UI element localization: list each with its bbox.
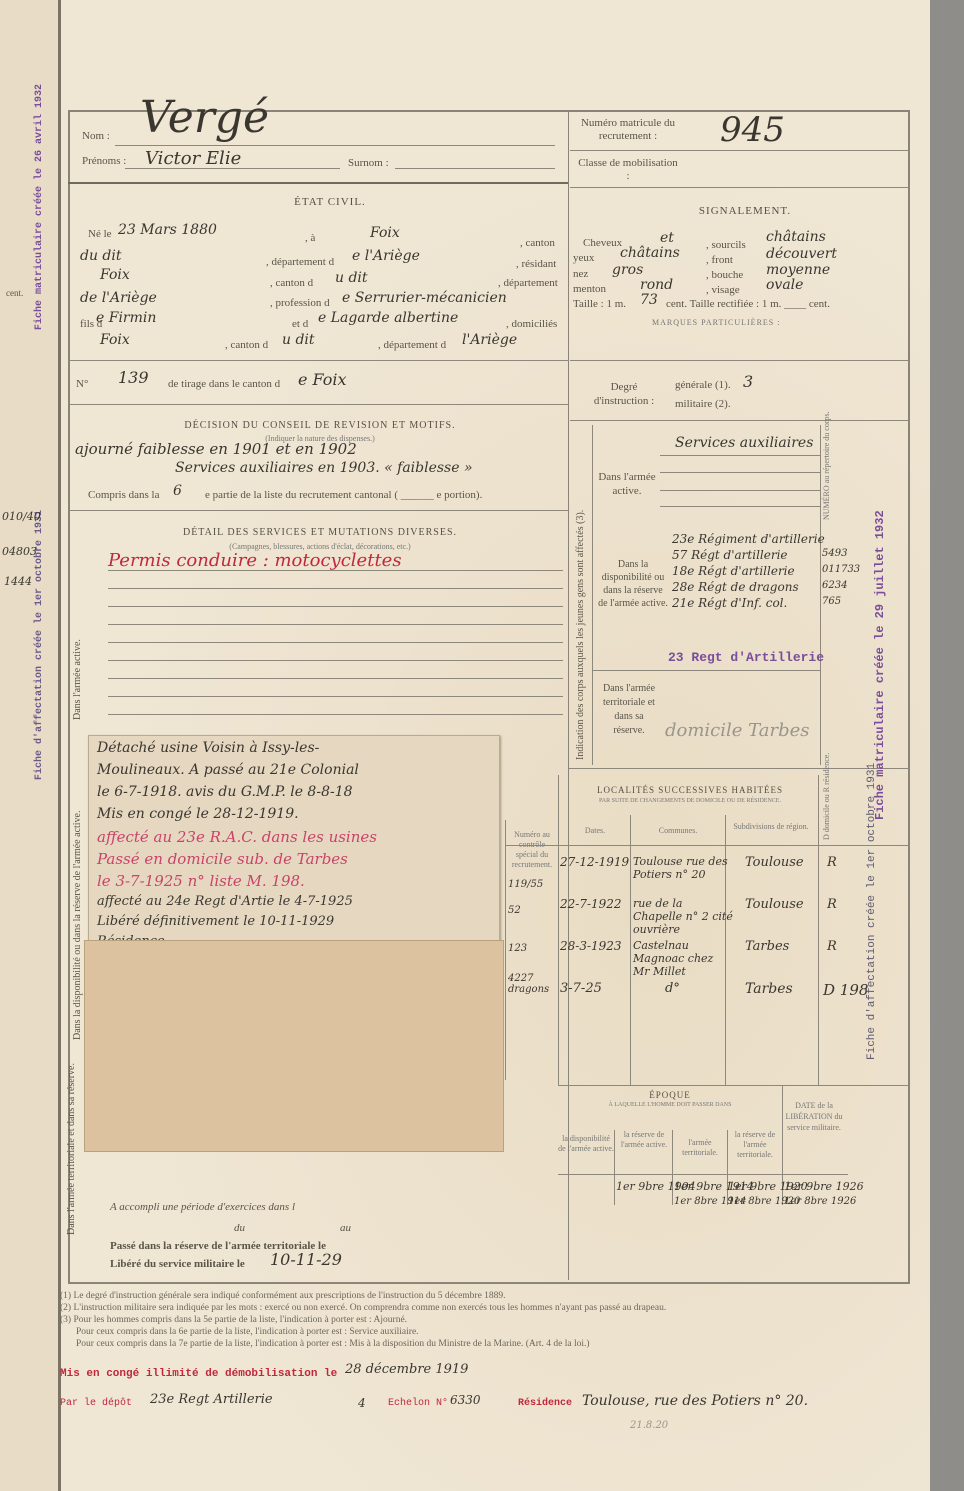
regiment-stamp: 23 Regt d'Artillerie: [668, 650, 824, 665]
row-subdivision: Toulouse: [745, 855, 804, 870]
canton3-value: u dit: [282, 332, 315, 348]
row-commune: Castelnau Magnoac chez Mr Millet: [633, 939, 733, 978]
numero-repertoire-label: NUMÉRO au répertoire du corps.: [822, 411, 831, 520]
epoque-col-3: l'armée territoriale.: [674, 1138, 726, 1158]
birthplace-value: Foix: [370, 225, 400, 241]
disponibilite-label: Dans la disponibilité ou dans la réserve…: [598, 558, 668, 610]
canton-label: , canton: [520, 237, 555, 249]
side-armee-active: Dans l'armée active.: [72, 639, 83, 720]
yeux-value: châtains: [620, 245, 680, 261]
taille-label: Taille : 1 m.: [573, 298, 626, 310]
echelon-value: 6330: [450, 1393, 481, 1407]
left-facing-page: Fiche matriculaire créée le 26 avril 193…: [0, 0, 61, 1491]
row-numero: 52: [508, 905, 521, 916]
footnote-4: Pour ceux compris dans la 6e partie de l…: [60, 1326, 880, 1338]
slip-line: Moulineaux. A passé au 21e Colonial: [97, 762, 491, 784]
permis-note: Permis conduire : motocyclettes: [108, 550, 402, 571]
side-territoriale: Dans l'armée territoriale et dans sa rés…: [66, 1063, 77, 1235]
domicile-value: Foix: [100, 332, 130, 348]
menton-value: rond: [640, 277, 673, 293]
depot-stamp: Par le dépôt: [60, 1398, 132, 1409]
pasted-envelope: [84, 940, 504, 1152]
slip-line: affecté au 23e R.A.C. dans les usines: [97, 828, 491, 850]
ne-le-value: 23 Mars 1880: [118, 222, 217, 238]
conge-date: 28 décembre 1919: [345, 1362, 468, 1377]
row-type: R: [827, 897, 837, 912]
libere-label: Libéré du service militaire le: [110, 1258, 245, 1270]
echelon-stamp: Echelon N°: [388, 1398, 448, 1409]
departement-value: e l'Ariège: [352, 248, 420, 264]
localites-rows: 119/55 27-12-1919 Toulouse rue des Potie…: [505, 855, 915, 1023]
etat-civil-title: ÉTAT CIVIL.: [200, 196, 460, 208]
dispo-numero-5: 765: [822, 596, 872, 612]
localite-row: 119/55 27-12-1919 Toulouse rue des Potie…: [505, 855, 915, 897]
epoque-subtitle: À LAQUELLE L'HOMME DOIT PASSER DANS: [560, 1102, 780, 1108]
right-stamp-affectation: Fiche d'affectation créée le 1er octobre…: [866, 763, 878, 1060]
cheveux-label: Cheveux: [583, 237, 622, 249]
departement2-label: , département: [498, 277, 558, 289]
pere-value: e Firmin: [96, 310, 156, 326]
signalement-title: SIGNALEMENT.: [690, 205, 800, 217]
dispo-numero-3: 011733: [822, 564, 872, 580]
territoriale-pencil: domicile Tarbes: [665, 720, 810, 741]
bouche-label: , bouche: [706, 269, 743, 281]
row-date: 22-7-1922: [560, 897, 622, 911]
row-commune: Toulouse rue des Potiers n° 20: [633, 855, 733, 881]
epoque-col-4: la réserve de l'armée territoriale.: [728, 1130, 782, 1160]
ne-le-label: Né le: [88, 228, 112, 240]
menton-label: menton: [573, 283, 606, 295]
prenoms-value: Victor Elie: [145, 148, 241, 169]
canton3-label: , canton d: [225, 339, 268, 351]
services-title: DÉTAIL DES SERVICES ET MUTATIONS DIVERSE…: [150, 527, 490, 538]
decision-title: DÉCISION DU CONSEIL DE REVISION ET MOTIF…: [150, 420, 490, 431]
dispo-corps-1: 23e Régiment d'artillerie: [672, 532, 872, 548]
slip-lines: Détaché usine Voisin à Issy-les- Mouline…: [89, 736, 499, 958]
depot-value: 23e Regt Artillerie: [150, 1392, 273, 1407]
taille-value: 73: [640, 292, 658, 308]
canton2-value: u dit: [335, 270, 368, 286]
domicilies-label: , domiciliés: [506, 318, 557, 330]
dispo-numero-2: 5493: [822, 548, 872, 564]
compris-suffix: e partie de la liste du recrutement cant…: [205, 489, 482, 501]
epoque-value-5b: 1er 8bre 1926: [784, 1196, 856, 1207]
side-disponibilite: Dans la disponibilité ou dans la réserve…: [72, 811, 83, 1041]
sourcils-label: , sourcils: [706, 239, 746, 251]
tirage-canton-value: e Foix: [298, 370, 347, 389]
marques-label: MARQUES PARTICULIÈRES :: [652, 318, 780, 327]
row-date: 27-12-1919: [560, 855, 629, 869]
taille-rectifiee-label: cent. Taille rectifiée : 1 m. ____ cent.: [666, 298, 830, 310]
row-commune: rue de la Chapelle n° 2 cité ouvrière: [633, 897, 733, 936]
left-number-2: 04803: [2, 545, 37, 558]
left-number-3: 1444: [4, 575, 32, 588]
degre-instruction-label: Degré d'instruction :: [584, 380, 664, 408]
departement-label: , département d: [266, 256, 334, 268]
echelon-prefix: 4: [358, 1396, 366, 1410]
col-subdivisions: Subdivisions de région.: [726, 822, 816, 831]
row-numero: 123: [508, 943, 527, 954]
localite-row: 52 22-7-1922 rue de la Chapelle n° 2 cit…: [505, 897, 915, 939]
territoriale-label: Dans l'armée territoriale et dans sa rés…: [598, 682, 660, 738]
col-dates: Dates.: [560, 826, 630, 835]
profession-label: , profession d: [270, 297, 330, 309]
armee-active-value: Services auxiliaires: [675, 435, 813, 451]
pasted-slip: Détaché usine Voisin à Issy-les- Mouline…: [88, 735, 500, 947]
row-subdivision: Tarbes: [745, 981, 793, 997]
canton-value: du dit: [80, 248, 122, 264]
sourcils-value: châtains: [766, 229, 826, 245]
libere-value: 10-11-29: [270, 1250, 342, 1269]
nez-label: nez: [573, 268, 588, 280]
slip-line: Mis en congé le 28-12-1919.: [97, 806, 491, 828]
tirage-no-value: 139: [118, 368, 149, 387]
left-cent-label: cent.: [6, 288, 23, 298]
mere-value: e Lagarde albertine: [318, 310, 458, 326]
matricule-label: Numéro matricule du recrutement :: [578, 117, 678, 143]
yeux-label: yeux: [573, 252, 594, 264]
disponibilite-numbers: 5493 011733 6234 765: [822, 548, 872, 612]
surnom-label: Surnom :: [348, 157, 389, 169]
departement3-value: l'Ariège: [462, 332, 517, 348]
register-page: Fiche matriculaire créée le 26 avril 193…: [0, 0, 930, 1491]
visage-label: , visage: [706, 284, 740, 296]
slip-line: Détaché usine Voisin à Issy-les-: [97, 740, 491, 762]
slip-line: le 3-7-1925 n° liste M. 198.: [97, 872, 491, 894]
dispo-numero-4: 6234: [822, 580, 872, 596]
localite-row: 123 28-3-1923 Castelnau Magnoac chez Mr …: [505, 939, 915, 981]
localites-title: LOCALITÉS SUCCESSIVES HABITÉES: [560, 785, 820, 795]
residant-label: , résidant: [516, 258, 556, 270]
tirage-label: de tirage dans le canton d: [168, 378, 280, 390]
profession-value: e Serrurier-mécanicien: [342, 290, 507, 306]
tirage-no-label: N°: [76, 378, 88, 390]
slip-line: Passé en domicile sub. de Tarbes: [97, 850, 491, 872]
row-numero: 119/55: [508, 879, 543, 890]
slip-line: affecté au 24e Regt d'Artie le 4-7-1925: [97, 894, 491, 914]
epoque-title: ÉPOQUE: [560, 1090, 780, 1100]
localites-subtitle: PAR SUITE DE CHANGEMENTS DE DOMICILE OU …: [560, 798, 820, 804]
localite-row: 4227 dragons 3-7-25 d° Tarbes D 198: [505, 981, 915, 1023]
conge-stamp: Mis en congé illimité de démobilisation …: [60, 1368, 337, 1380]
row-subdivision: Toulouse: [745, 897, 804, 912]
canton2-label: , canton d: [270, 277, 313, 289]
et-de-label: et d: [292, 318, 308, 330]
a-label: , à: [305, 232, 315, 244]
footnotes: (1) Le degré d'instruction générale sera…: [60, 1290, 880, 1350]
left-stamp-matricule: Fiche matriculaire créée le 26 avril 193…: [34, 84, 45, 330]
compris-partie: 6: [173, 483, 182, 499]
armee-active-label: Dans l'armée active.: [598, 470, 656, 498]
row-type: R: [827, 939, 837, 954]
front-value: découvert: [766, 246, 837, 262]
au-label: au: [340, 1222, 351, 1234]
matricule-value: 945: [720, 110, 785, 150]
slip-line: le 6-7-1918. avis du G.M.P. le 8-8-18: [97, 784, 491, 806]
footnote-5: Pour ceux compris dans la 7e partie de l…: [60, 1338, 880, 1350]
generale-value: 3: [743, 372, 753, 391]
nom-value: Vergé: [140, 92, 269, 143]
row-type: D 198: [823, 981, 868, 999]
residence-value: Toulouse, rue des Potiers n° 20.: [582, 1393, 808, 1409]
epoque-col-5: DATE de la LIBÉRATION du service militai…: [784, 1100, 844, 1133]
footnote-3: (3) Pour les hommes compris dans la 5e p…: [60, 1314, 880, 1326]
exercices-label: A accompli une période d'exercices dans …: [110, 1201, 295, 1213]
departement3-label: , département d: [378, 339, 446, 351]
prenoms-label: Prénoms :: [82, 155, 126, 167]
left-number-1: 010/40: [2, 510, 41, 523]
front-label: , front: [706, 254, 733, 266]
epoque-value-5: 1er 9bre 1926: [784, 1180, 864, 1193]
row-subdivision: Tarbes: [745, 939, 789, 954]
col-domicile-residence: D domicile ou R résidence.: [822, 753, 831, 840]
footnote-1: (1) Le degré d'instruction générale sera…: [60, 1290, 880, 1302]
row-date: 3-7-25: [560, 981, 602, 996]
row-commune: d°: [665, 981, 680, 996]
row-numero: 4227 dragons: [508, 973, 553, 995]
slip-line: Libéré définitivement le 10-11-1929: [97, 914, 491, 934]
classe-label: Classe de mobilisation :: [578, 157, 678, 183]
militaire-label: militaire (2).: [675, 398, 731, 410]
epoque-col-1: la disponibilité de l'armée active.: [558, 1134, 614, 1154]
nom-label: Nom :: [82, 130, 110, 142]
generale-label: générale (1).: [675, 379, 731, 391]
compris-label: Compris dans la: [88, 489, 160, 501]
footnote-2: (2) L'instruction militaire sera indiqué…: [60, 1302, 880, 1314]
col-communes: Communes.: [632, 826, 724, 835]
departement2-value: de l'Ariège: [80, 290, 157, 306]
nez-value: gros: [612, 262, 643, 278]
decision-line-1: ajourné faiblesse en 1901 et en 1902: [75, 440, 357, 458]
visage-value: ovale: [766, 277, 803, 293]
residant-value: Foix: [100, 267, 130, 283]
background-edge: [930, 0, 964, 1491]
row-type: R: [827, 855, 837, 870]
bouche-value: moyenne: [766, 262, 830, 278]
residence-stamp: Résidence: [518, 1398, 572, 1409]
affectations-side-label: Indication des corps auxquels les jeunes…: [575, 510, 586, 760]
decision-line-2: Services auxiliaires en 1903. « faibless…: [175, 460, 473, 476]
cheveux-value: et: [660, 230, 674, 246]
row-date: 28-3-1923: [560, 939, 622, 953]
du-label: du: [234, 1222, 245, 1234]
pencil-date: 21.8.20: [630, 1420, 668, 1431]
epoque-col-2: la réserve de l'armée active.: [616, 1130, 672, 1150]
